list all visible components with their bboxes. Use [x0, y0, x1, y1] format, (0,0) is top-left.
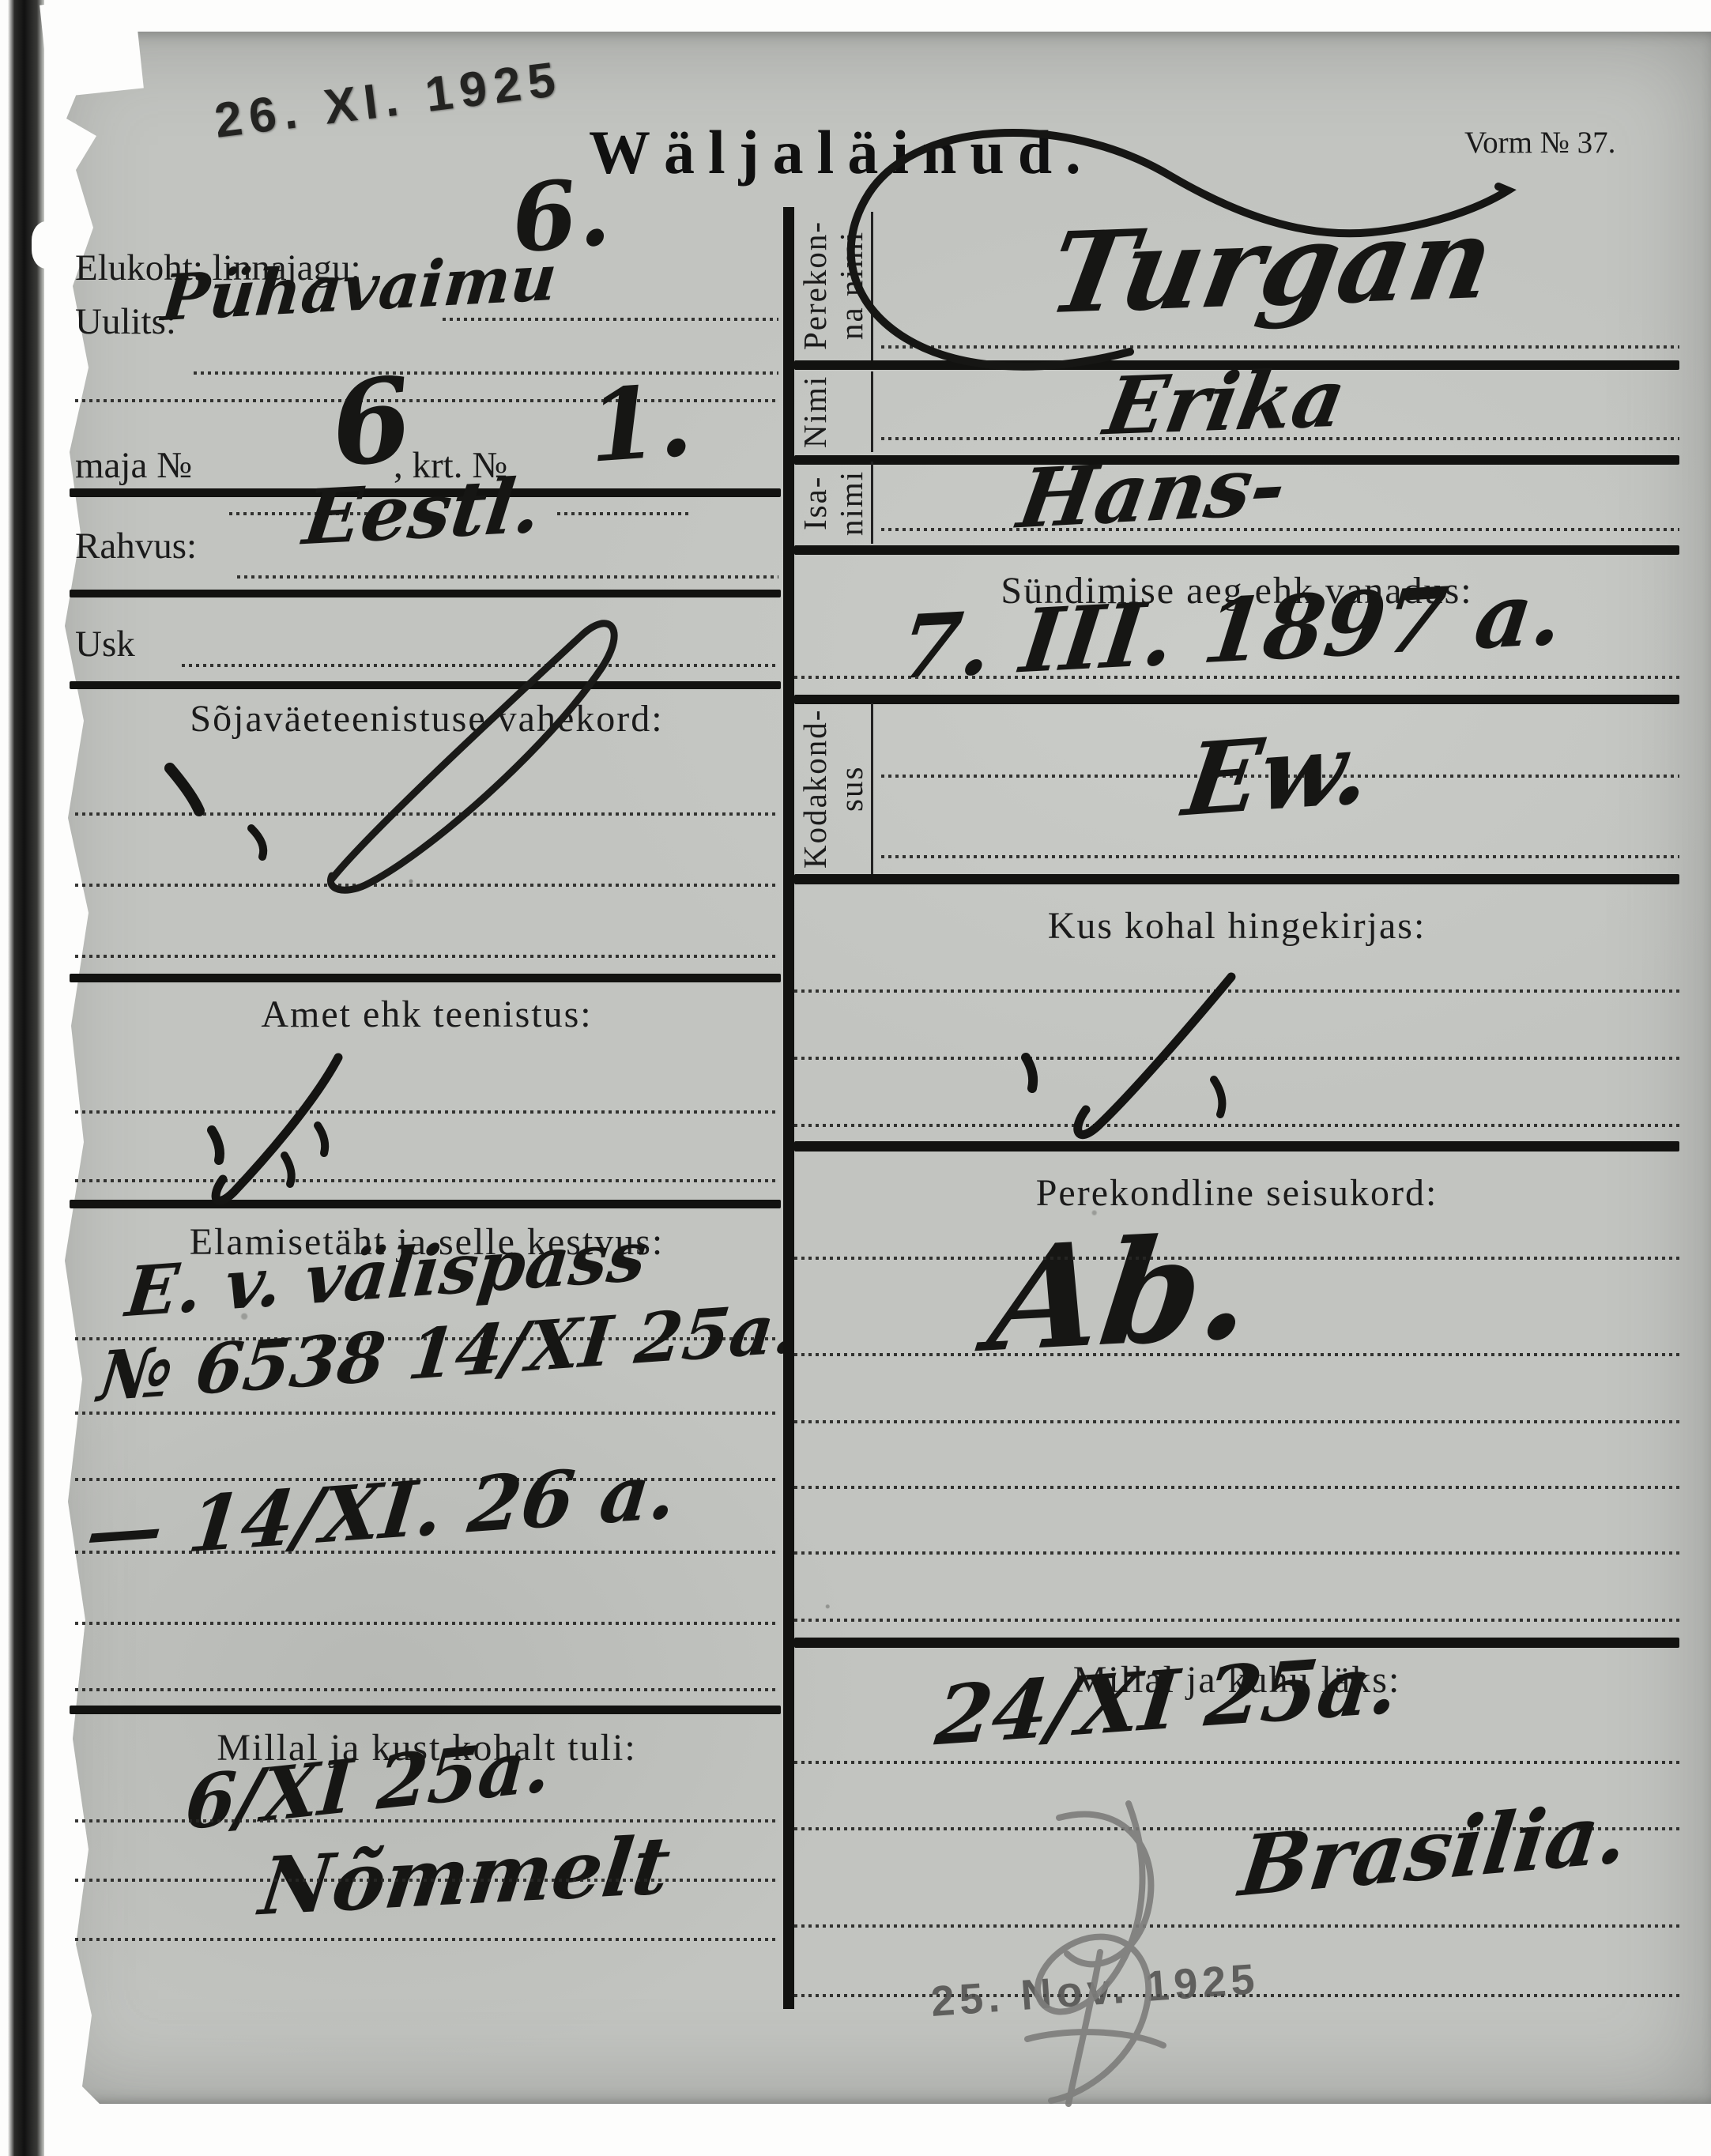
section-rule: [70, 590, 781, 597]
field-value-kodakondsus: Ew.: [1178, 710, 1378, 839]
dotted-line: [75, 812, 778, 816]
dotted-line: [881, 528, 1679, 531]
dotted-line: [75, 1622, 778, 1625]
dotted-line: [794, 676, 1679, 679]
row-rule: [794, 695, 1679, 704]
row-rule: [794, 545, 1679, 555]
label-divider: [871, 212, 873, 360]
dotted-line: [794, 1353, 1679, 1356]
dotted-line: [75, 1110, 778, 1114]
dotted-line: [794, 1924, 1679, 1928]
field-value-nimi: Erika: [1099, 351, 1353, 453]
dotted-line: [794, 1761, 1679, 1764]
field-value-isanimi: Hans-: [1012, 438, 1292, 548]
form-number: Vorm № 37.: [1464, 125, 1615, 160]
field-value-perekonnanimi: Turgan: [1039, 194, 1502, 340]
dotted-line: [194, 371, 778, 375]
field-label-maja: maja №: [75, 444, 192, 487]
dotted-line: [182, 664, 778, 667]
dotted-line: [794, 1619, 1679, 1622]
dotted-line: [881, 855, 1679, 858]
field-label-hingekirjas: Kus kohal hingekirjas:: [794, 904, 1679, 948]
dotted-line: [794, 1420, 1679, 1423]
dotted-line: [75, 884, 778, 887]
section-rule: [70, 1200, 781, 1208]
dotted-line: [443, 318, 778, 321]
field-value-krt: 1.: [585, 363, 695, 485]
torn-edge-patch: [32, 221, 68, 269]
section-rule: [70, 974, 781, 982]
field-label-rahvus: Rahvus:: [75, 525, 197, 567]
dotted-line: [794, 1057, 1679, 1060]
field-label-perekonnanimi: Perekon- na nimi: [797, 212, 872, 359]
book-binding-shadow: [8, 0, 44, 2156]
dotted-line: [794, 1486, 1679, 1489]
field-label-nimi: Nimi: [797, 371, 872, 452]
dotted-line: [75, 955, 778, 958]
dotted-line: [75, 1179, 778, 1182]
row-rule: [794, 1638, 1679, 1648]
field-value-seisukord: Ab.: [982, 1203, 1261, 1385]
section-rule: [70, 1706, 781, 1714]
dotted-line: [794, 989, 1679, 993]
row-rule: [794, 1141, 1679, 1151]
dotted-line: [75, 1688, 778, 1691]
field-value-rahvus: Eestl.: [299, 462, 546, 563]
label-divider: [871, 371, 873, 452]
section-rule: [70, 681, 781, 689]
label-divider: [871, 462, 873, 544]
label-divider: [871, 703, 873, 874]
dotted-line: [794, 1124, 1679, 1127]
dotted-line: [794, 1551, 1679, 1555]
form-title: Wäljaläinud.: [589, 117, 1095, 188]
field-label-isanimi: Isa- nimi: [797, 462, 872, 544]
row-rule: [794, 874, 1679, 884]
dotted-line: [881, 345, 1679, 349]
dotted-line: [75, 1551, 778, 1554]
dotted-line: [75, 1879, 778, 1882]
field-label-sojavaeteenistus: Sõjaväeteenistuse vahekord:: [75, 697, 778, 741]
dotted-line: [794, 1257, 1679, 1260]
dotted-line: [75, 1938, 778, 1941]
scanned-registration-card: 26. XI. 1925 Wäljaläinud. Vorm № 37. Elu…: [0, 0, 1711, 2156]
dotted-line: [237, 575, 778, 579]
torn-edge-patch: [40, 0, 144, 98]
dotted-line: [557, 512, 692, 515]
column-divider: [783, 207, 794, 2009]
field-label-usk: Usk: [75, 623, 135, 665]
dotted-line: [75, 1412, 778, 1415]
field-label-amet: Amet ehk teenistus:: [75, 993, 778, 1036]
field-label-kodakondsus: Kodakond- sus: [797, 703, 872, 874]
